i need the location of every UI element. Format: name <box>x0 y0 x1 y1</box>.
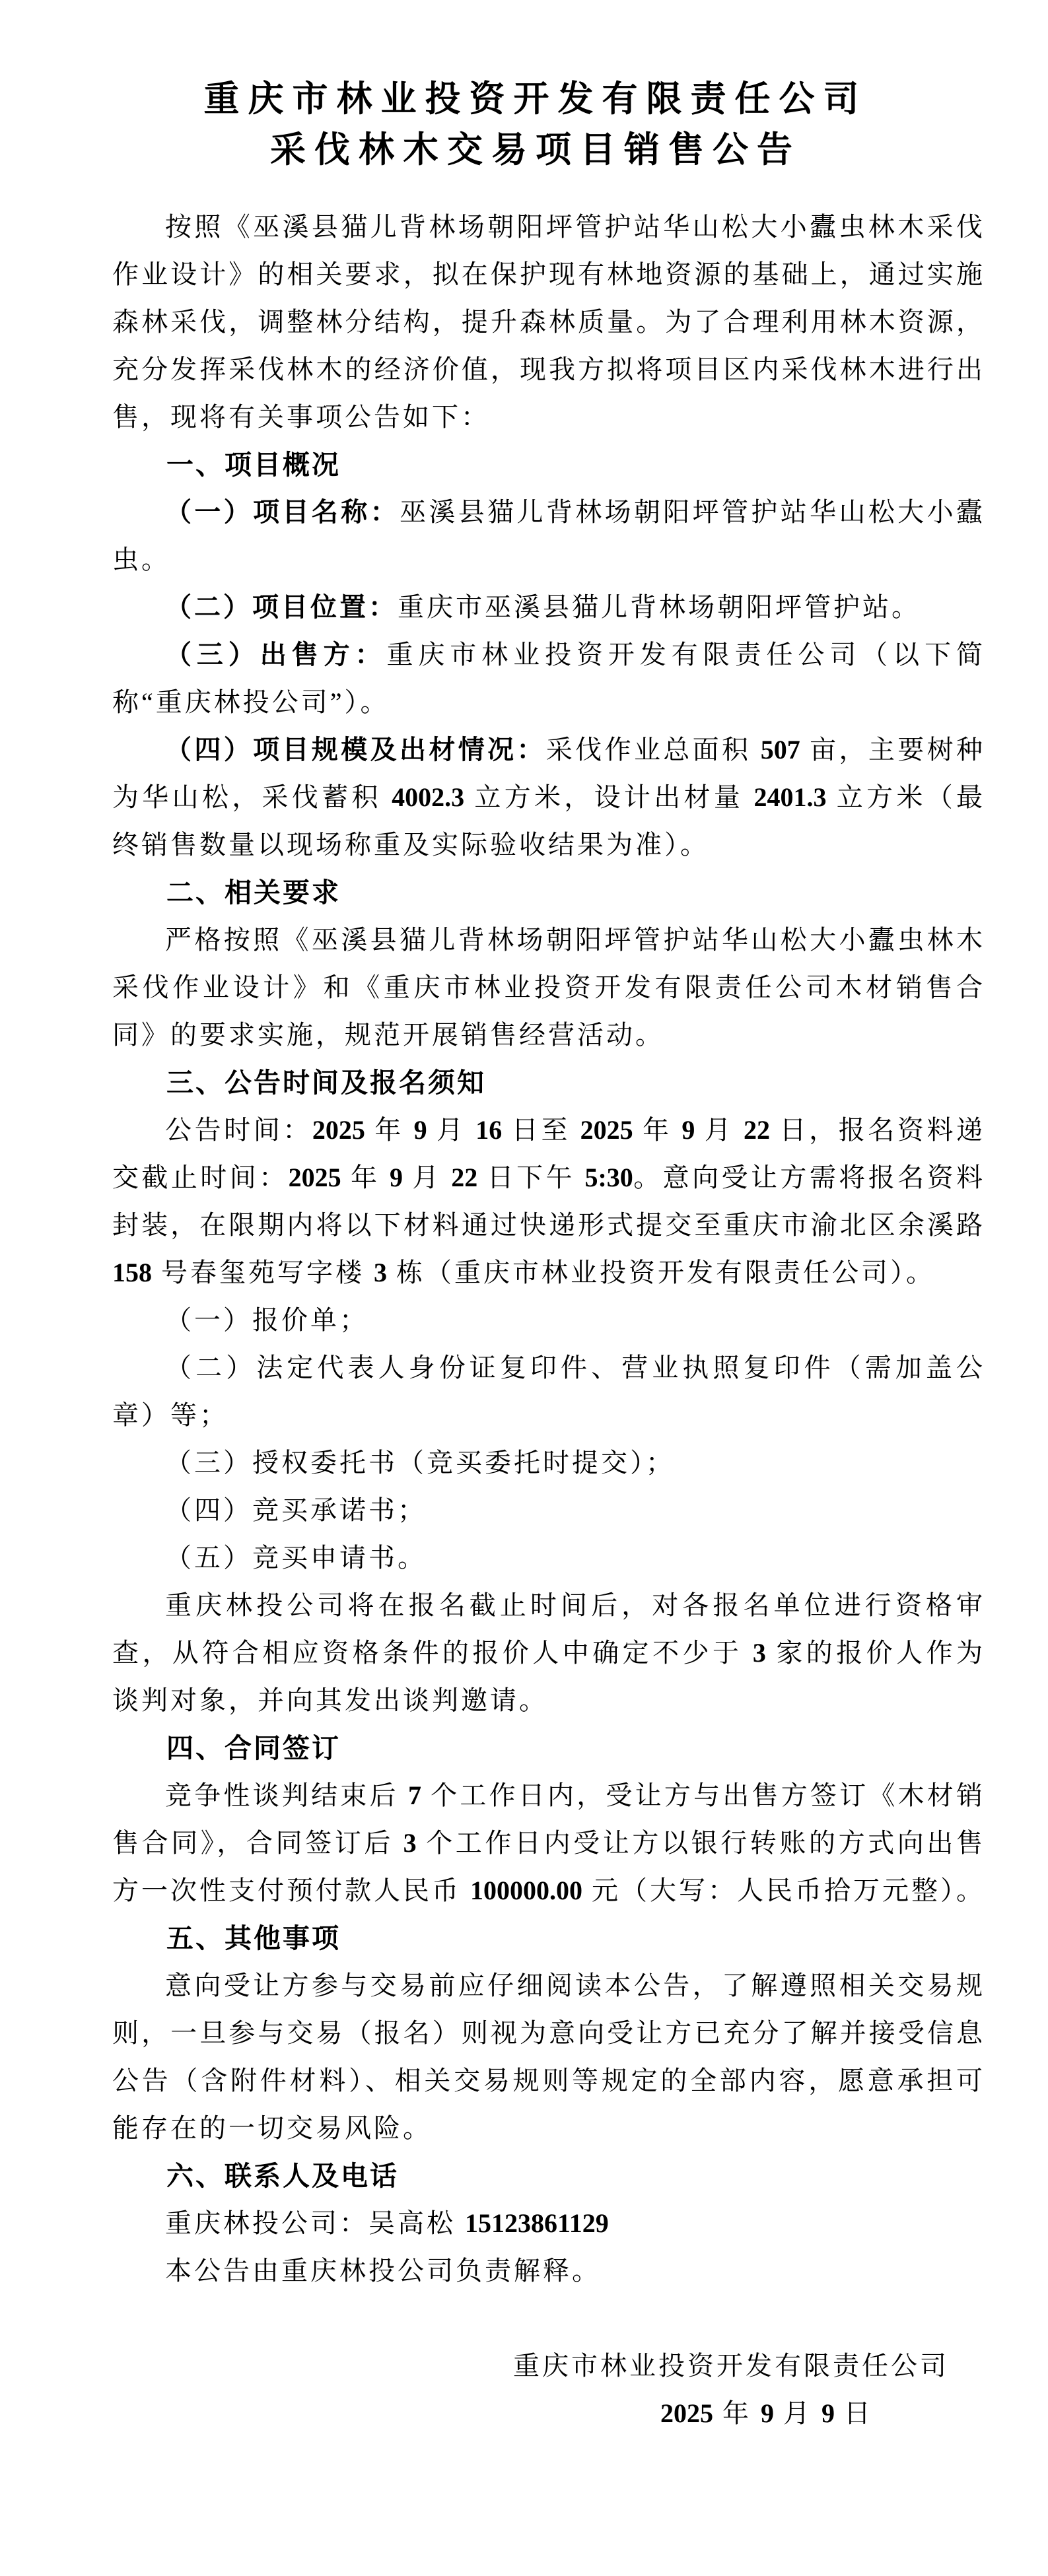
heading-contract-signing: 四、合同签订 <box>112 1724 985 1772</box>
item-project-name: （一）项目名称：巫溪县猫儿背林场朝阳坪管护站华山松大小蠹虫。 <box>112 489 985 584</box>
doc-title-line1: 重庆市林业投资开发有限责任公司 <box>86 74 985 125</box>
item-id-and-license: （二）法定代表人身份证复印件、营业执照复印件（需加盖公章）等； <box>112 1344 985 1439</box>
item-application: （五）竞买申请书。 <box>112 1534 985 1582</box>
signature-company: 重庆市林业投资开发有限责任公司 <box>112 2342 985 2390</box>
para-intro: 按照《巫溪县猫儿背林场朝阳坪管护站华山松大小蠹虫林木采伐作业设计》的相关要求，拟… <box>112 203 985 441</box>
heading-project-overview: 一、项目概况 <box>112 441 985 489</box>
heading-announcement-time: 三、公告时间及报名须知 <box>112 1059 985 1106</box>
item-authorization: （三）授权委托书（竞买委托时提交）； <box>112 1439 985 1487</box>
item-scale-and-yield: （四）项目规模及出材情况：采伐作业总面积 507 亩，主要树种为华山松，采伐蓄积… <box>112 726 985 869</box>
para-qualification-review: 重庆林投公司将在报名截止时间后，对各报名单位进行资格审查，从符合相应资格条件的报… <box>112 1582 985 1724</box>
doc-title-line2: 采伐林木交易项目销售公告 <box>86 125 985 176</box>
para-announcement-time: 公告时间：2025 年 9 月 16 日至 2025 年 9 月 22 日，报名… <box>112 1106 985 1297</box>
item-commitment: （四）竞买承诺书； <box>112 1487 985 1534</box>
heading-other-matters: 五、其他事项 <box>112 1915 985 1962</box>
heading-contact: 六、联系人及电话 <box>112 2152 985 2200</box>
para-other-matters: 意向受让方参与交易前应仔细阅读本公告，了解遵照相关交易规则，一旦参与交易（报名）… <box>112 1962 985 2152</box>
para-contact: 重庆林投公司：吴高松 15123861129 <box>112 2200 985 2247</box>
signature-date: 2025 年 9 月 9 日 <box>112 2390 985 2437</box>
heading-requirements: 二、相关要求 <box>112 869 985 916</box>
para-contract-signing: 竞争性谈判结束后 7 个工作日内，受让方与出售方签订《木材销售合同》，合同签订后… <box>112 1772 985 1915</box>
para-requirements: 严格按照《巫溪县猫儿背林场朝阳坪管护站华山松大小蠹虫林木采伐作业设计》和《重庆市… <box>112 916 985 1059</box>
doc-title: 重庆市林业投资开发有限责任公司 采伐林木交易项目销售公告 <box>86 74 985 176</box>
item-quotation: （一）报价单； <box>112 1297 985 1344</box>
item-seller: （三）出售方：重庆市林业投资开发有限责任公司（以下简称“重庆林投公司”）。 <box>112 631 985 726</box>
announcement-page: 重庆市林业投资开发有限责任公司 采伐林木交易项目销售公告 按照《巫溪县猫儿背林场… <box>0 0 1048 2576</box>
doc-body: 按照《巫溪县猫儿背林场朝阳坪管护站华山松大小蠹虫林木采伐作业设计》的相关要求，拟… <box>112 203 985 2437</box>
item-project-location: （二）项目位置：重庆市巫溪县猫儿背林场朝阳坪管护站。 <box>112 584 985 631</box>
para-interpretation: 本公告由重庆林投公司负责解释。 <box>112 2247 985 2295</box>
